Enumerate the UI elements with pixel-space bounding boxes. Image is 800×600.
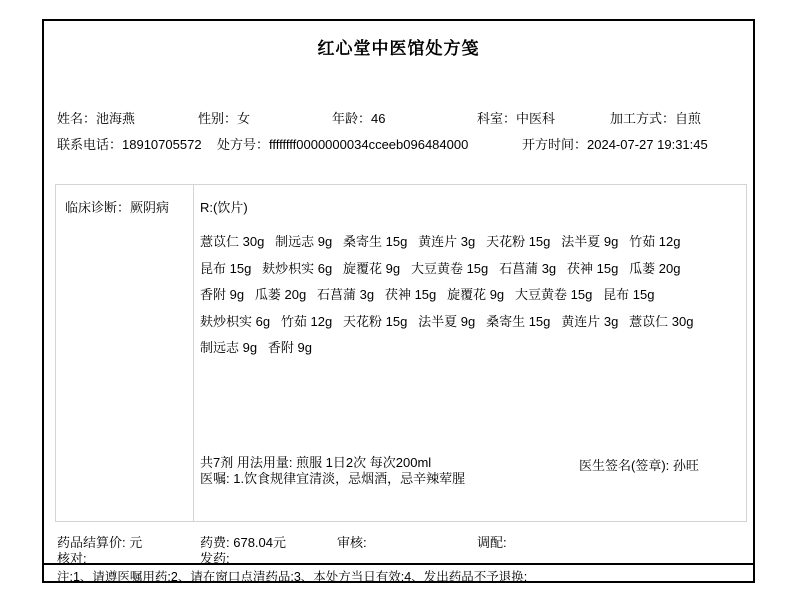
patient-department-value: 中医科	[516, 111, 555, 126]
diagnosis-value: 厥阴病	[130, 200, 169, 215]
herb-row: 制远志 9g 香附 9g	[200, 335, 740, 362]
herb-row: 麸炒枳实 6g 竹茹 12g 天花粉 15g 法半夏 9g 桑寄生 15g 黄连…	[200, 309, 740, 336]
prescription-number-value: ffffffff0000000034cceeb096484000	[269, 137, 468, 152]
usage-block: 共7剂 用法用量: 煎服 1日2次 每次200ml 医嘱: 1.饮食规律宜清淡，…	[200, 455, 740, 487]
prescription-page: 红心堂中医馆处方笺 姓名：池海燕 性别：女 年龄：46 科室：中医科 加工方式：…	[0, 0, 800, 600]
patient-name-value: 池海燕	[96, 111, 135, 126]
processing-method-label: 加工方式：	[610, 111, 675, 126]
footer-divider-line	[42, 563, 755, 565]
contact-phone-value: 18910705572	[122, 137, 202, 152]
patient-name-label: 姓名：	[57, 111, 96, 126]
patient-gender-value: 女	[237, 111, 250, 126]
processing-method-value: 自煎	[675, 111, 701, 126]
herb-row: 薏苡仁 30g 制远志 9g 桑寄生 15g 黄连片 3g 天花粉 15g 法半…	[200, 229, 740, 256]
prescription-sheet-border: 红心堂中医馆处方笺 姓名：池海燕 性别：女 年龄：46 科室：中医科 加工方式：…	[42, 19, 755, 583]
issue-time-field: 开方时间：2024-07-27 19:31:45	[522, 134, 708, 153]
footer-note: 注:1、请遵医嘱用药;2、请在窗口点清药品;3、本处方当日有效;4、发出药品不予…	[57, 567, 527, 585]
patient-gender-label: 性别：	[198, 111, 237, 126]
contact-phone-label: 联系电话：	[57, 137, 122, 152]
processing-method-field: 加工方式：自煎	[610, 108, 701, 127]
diagnosis-cell: 临床诊断：厥阴病	[56, 185, 194, 521]
patient-department-field: 科室：中医科	[477, 108, 555, 127]
herb-list: 薏苡仁 30g 制远志 9g 桑寄生 15g 黄连片 3g 天花粉 15g 法半…	[200, 229, 740, 362]
doctor-signature-label: 医生签名(签章):	[579, 458, 673, 473]
patient-age-value: 46	[371, 111, 385, 126]
doctor-signature-field: 医生签名(签章): 孙旺	[579, 455, 699, 474]
contact-phone-field: 联系电话：18910705572	[57, 134, 202, 153]
patient-name-field: 姓名：池海燕	[57, 108, 135, 127]
herb-row: 昆布 15g 麸炒枳实 6g 旋覆花 9g 大豆黄卷 15g 石菖蒲 3g 茯神…	[200, 256, 740, 283]
prescription-cell: R:(饮片) 薏苡仁 30g 制远志 9g 桑寄生 15g 黄连片 3g 天花粉…	[194, 185, 746, 521]
review-field: 审核:	[337, 532, 367, 551]
page-title: 红心堂中医馆处方笺	[44, 34, 753, 59]
medicine-fee-value: 678.04元	[233, 535, 286, 550]
issue-time-label: 开方时间：	[522, 137, 587, 152]
prescription-number-label: 处方号：	[217, 137, 269, 152]
prescription-number-field: 处方号：ffffffff0000000034cceeb096484000	[217, 134, 468, 153]
patient-department-label: 科室：	[477, 111, 516, 126]
prescription-table: 临床诊断：厥阴病 R:(饮片) 薏苡仁 30g 制远志 9g 桑寄生 15g 黄…	[55, 184, 747, 522]
herb-row: 香附 9g 瓜蒌 20g 石菖蒲 3g 茯神 15g 旋覆花 9g 大豆黄卷 1…	[200, 282, 740, 309]
rx-header: R:(饮片)	[200, 197, 740, 216]
patient-age-field: 年龄：46	[332, 108, 385, 127]
issue-time-value: 2024-07-27 19:31:45	[587, 137, 708, 152]
diagnosis-label: 临床诊断：	[65, 200, 130, 215]
patient-gender-field: 性别：女	[198, 108, 250, 127]
patient-age-label: 年龄：	[332, 111, 371, 126]
dispense-prep-field: 调配:	[477, 532, 507, 551]
doctor-signature-value: 孙旺	[673, 458, 699, 473]
